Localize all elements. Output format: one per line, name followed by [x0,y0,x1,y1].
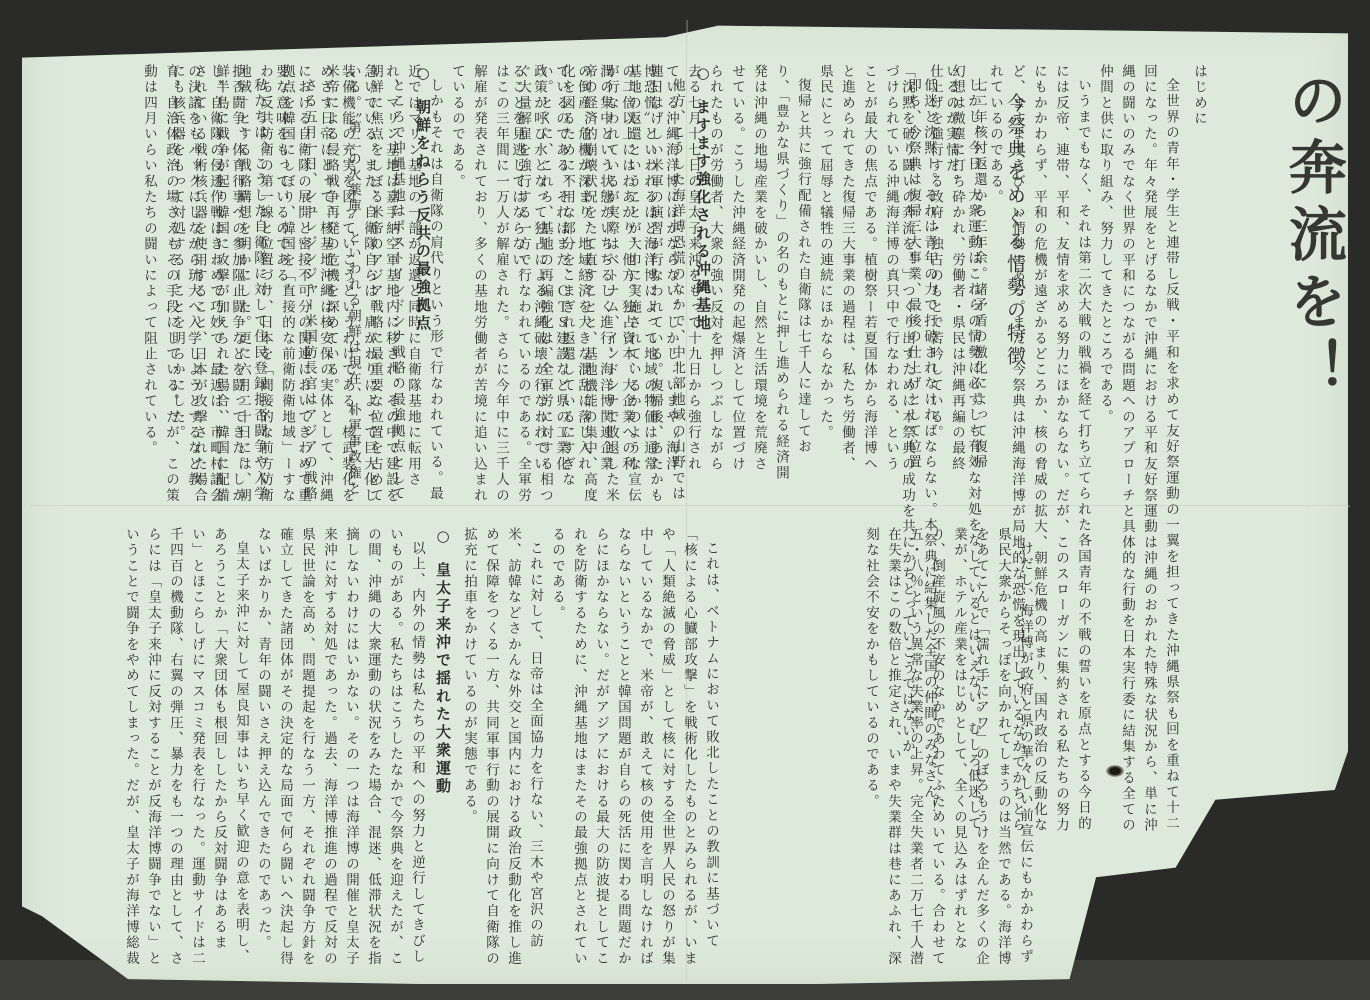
nukes-section: これは、ベトナムにおいて敗北したことの教訓に基づいて「核による心臓部攻撃」を戦術… [122,527,722,967]
situation-paragraph: 即ち、今祭典は復帰三大事業、最後の仕上げとして位置づけられている沖縄海洋博の真只… [814,64,924,484]
intro-paragraph: 全世界の青年・学生と連帯し反戦・平和を求めて友好祭運動の一翼を担ってきた沖縄県祭… [1094,64,1182,839]
bases-paragraph: 他方、こうした海洋博恐慌のなかで、中北部地域の山野では連日はげしい米軍の演習が行… [446,64,688,504]
situation-section-continued: けだし、海洋博が政府と県の華々しい前宣伝にもかかわらず県民大衆からそっぽを向かれ… [860,527,1036,967]
korea-heading: ○朝鮮をねらう反共の最強拠点 [412,64,434,504]
korea-paragraph: さる五月一日、シュレジンジャー米国防長官はアジアの戦略拠点を韓国にしぼり、韓国を… [166,64,320,504]
nukes-paragraph: これは、ベトナムにおいて敗北したことの教訓に基づいて「核による心臓部攻撃」を戦術… [546,527,722,967]
bases-heading: ○ますます強化される沖縄基地 [692,64,714,504]
circle-bullet-icon: ○ [412,64,434,85]
prince-heading: ○皇太子来沖で揺れた大衆運動 [432,527,454,967]
prince-paragraph: 以上、内外の情勢は私たちの平和への努力と逆行してきびしいものがある。私たちはこう… [252,527,428,967]
nukes-paragraph: これに対して、日帝は全面協力を行ない、三木や宮沢の訪米、訪韓などさかんな外交と国… [458,527,546,967]
page-title: 沈黙を破り青年の力で闘いの奔流を！ [1271,70,1370,910]
prince-paragraph: 皇太子来沖に対して屋良知事はいち早く歓迎の意を表明し、あろうことか「大衆団体も根… [122,527,252,967]
situation-paragraph: けだし、海洋博が政府と県の華々しい前宣伝にもかかわらず県民大衆からそっぽを向かれ… [860,527,1036,967]
intro-label: はじめに [1188,64,1210,839]
circle-bullet-icon: ○ [432,527,454,548]
korea-paragraph: ところで沖縄基地はポストインドシナ戦略の最強拠点として朝鮮に焦点をしぼる米帝のア… [320,64,408,504]
situation-heading: 今祭典をめぐる情勢の特徴 [1004,64,1026,484]
circle-bullet-icon: ○ [692,64,714,85]
situation-paragraph: 七二年核付返還から三年余。諸矛盾の激化によって復帰幻想は微塵に打ち砕かれ、労働者… [924,64,990,484]
korea-section-top: ○朝鮮をねらう反共の最強拠点 ところで沖縄基地はポストインドシナ戦略の最強拠点と… [38,64,438,504]
